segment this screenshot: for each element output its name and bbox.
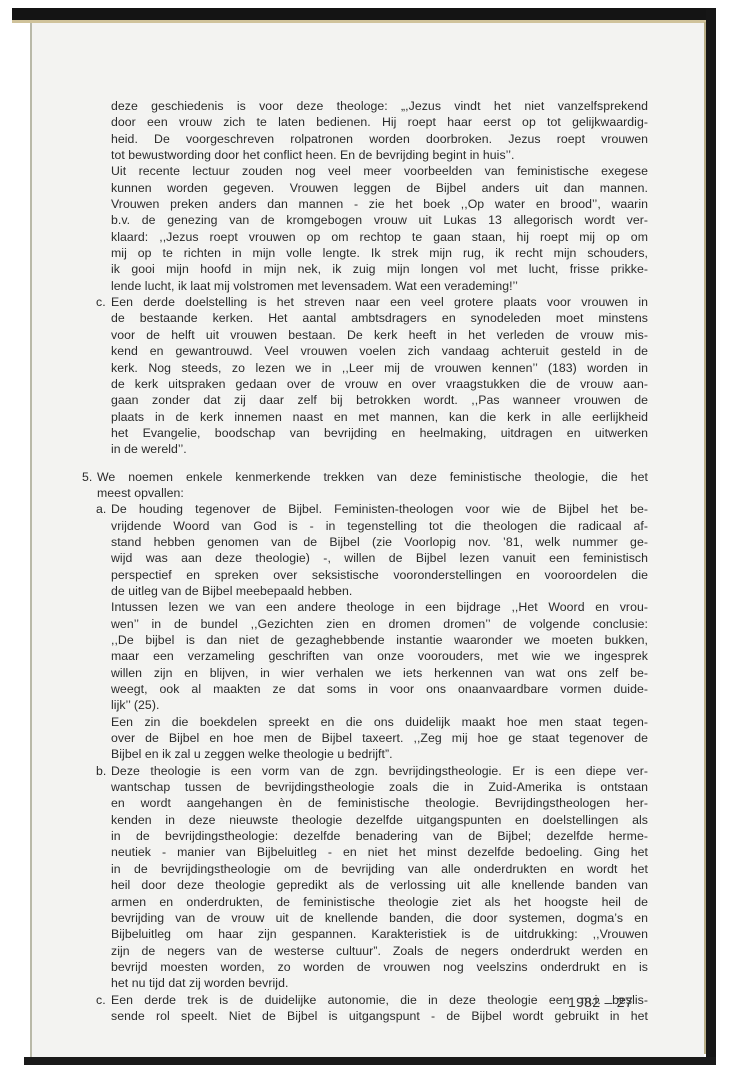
- text-line: maar een verzameling geschriften van onz…: [111, 648, 648, 664]
- scan-border-bottom: [24, 1057, 716, 1065]
- text-line: Bijbeluitleg om haar zijn gespannen. Kar…: [111, 926, 648, 942]
- text-line: de bestaande kerken. Het aantal ambtsdra…: [111, 310, 648, 326]
- text-line: en wordt aangehangen èn de feministische…: [111, 795, 648, 811]
- text-line: in de bevrijdingstheologie: dezelfde ben…: [111, 828, 648, 844]
- text-line: b.v. de genezing van de kromgebogen vrou…: [111, 212, 648, 228]
- text-line: wen’’ in de bundel ,,Gezichten zien en d…: [111, 616, 648, 632]
- text-line: zijn de negers van de westerse cultuur”.…: [111, 943, 648, 959]
- text-line: voor de helft uit vrouwen bestaan. De ke…: [111, 327, 648, 343]
- text-line: Een derde doelstelling is het streven na…: [111, 294, 648, 310]
- text-line: in de wereld’’.: [111, 441, 648, 457]
- scan-border-top: [12, 8, 715, 20]
- text-line: deze geschiedenis is voor deze theologe:…: [111, 98, 648, 114]
- text-line: lende lucht, ik laat mij volstromen met …: [111, 278, 648, 294]
- text-line: stand hebben genomen van de Bijbel (zie …: [111, 534, 648, 550]
- text-line: gaan zonder dat zij daar zelf bij betrok…: [111, 392, 648, 408]
- text-line: Intussen lezen we van een andere theolog…: [111, 599, 648, 615]
- text-line: het Evangelie, boodschap van bevrijding …: [111, 425, 648, 441]
- text-line: sende rol speelt. Niet de Bijbel is uitg…: [111, 1008, 648, 1024]
- text-line: kenden in deze nieuwste theologie dezelf…: [111, 812, 648, 828]
- text-line: meest opvallen:: [97, 485, 648, 501]
- text-line: Deze theologie is een vorm van de zgn. b…: [111, 763, 648, 779]
- text-line: willen zijn en blijven, in wier verhalen…: [111, 665, 648, 681]
- text-line: in de bevrijdingstheologie om de bevrijd…: [111, 861, 648, 877]
- text-line: De houding tegenover de Bijbel. Feminist…: [111, 501, 648, 517]
- text-line: vrijdende Woord van God is - in tegenste…: [111, 518, 648, 534]
- text-line: weegt, ook al maakten ze dat soms in voo…: [111, 681, 648, 697]
- text-line: lijk’’ (25).: [111, 697, 648, 713]
- text-line: kunnen worden gegeven. Vrouwen leggen de…: [111, 180, 648, 196]
- text-line: de uitleg van de Bijbel meebepaald hebbe…: [111, 583, 648, 599]
- text-line: armen en onderdrukten, de feministische …: [111, 894, 648, 910]
- text-line: bevrijd moesten worden, zo worden de vro…: [111, 959, 648, 975]
- text-line: plaats in de kerk innemen naast en met m…: [111, 409, 648, 425]
- text-line: heil door deze theologie gepredikt als d…: [111, 877, 648, 893]
- text-line: tot bewustwording door het conflict heen…: [111, 147, 648, 163]
- text-line: klaard: ,,Jezus roept vrouwen op om rech…: [111, 229, 648, 245]
- list-item-a-bijbel: a. De houding tegenover de Bijbel. Femin…: [111, 501, 648, 763]
- list-marker: c.: [96, 992, 106, 1008]
- text-line: Bijbel en ik zal u zeggen welke theologi…: [111, 746, 648, 762]
- list-marker: c.: [96, 294, 106, 310]
- text-line: over de Bijbel en hoe men de Bijbel taxe…: [111, 730, 648, 746]
- list-marker: b.: [96, 763, 106, 779]
- text-line: perspectief en spreken over seksistische…: [111, 567, 648, 583]
- page-edge-right: [704, 22, 706, 1054]
- text-line: het nu tijd dat zij worden bevrijd.: [111, 975, 648, 991]
- text-line: Een zin die boekdelen spreekt en die ons…: [111, 714, 648, 730]
- text-line: de kerk uitspraken gedaan over de vrouw …: [111, 376, 648, 392]
- scan-border-right: [706, 8, 716, 1065]
- text-line: bevrijding van de vrouw uit de knellende…: [111, 910, 648, 926]
- text-line: mij op te richten in mijn volle lengte. …: [111, 245, 648, 261]
- list-marker: 5.: [82, 469, 92, 485]
- list-item-5-kenmerken: 5. We noemen enkele kenmerkende trekken …: [97, 469, 648, 502]
- text-line: We noemen enkele kenmerkende trekken van…: [97, 469, 648, 485]
- text-line: Uit recente lectuur zouden nog veel meer…: [111, 163, 648, 179]
- list-marker: a.: [96, 501, 106, 517]
- section-gap: [111, 458, 648, 469]
- text-line: kend en gewantrouwd. Veel vrouwen voelen…: [111, 343, 648, 359]
- list-item-c-doelstelling: c. Een derde doelstelling is het streven…: [111, 294, 648, 457]
- text-line: ik gooi mijn hoofd in mijn nek, ik zuig …: [111, 261, 648, 277]
- text-line: kerk. Nog steeds, zo lezen we in ,,Leer …: [111, 360, 648, 376]
- text-line: door een vrouw zich te laten bedienen. H…: [111, 114, 648, 130]
- text-line: Vrouwen preken anders dan mannen - zie h…: [111, 196, 648, 212]
- text-line: ,,De bijbel is dan niet de gezaghebbende…: [111, 632, 648, 648]
- text-line: wijd was aan deze theologie) -, willen d…: [111, 550, 648, 566]
- list-item-b-bevrijdingstheologie: b. Deze theologie is een vorm van de zgn…: [111, 763, 648, 992]
- text-line: heid. De voorgeschreven rolpatronen word…: [111, 131, 648, 147]
- page-number: 1982 – 27: [568, 994, 633, 1010]
- intro-paragraph: deze geschiedenis is voor deze theologe:…: [111, 98, 648, 294]
- text-line: wantschap tussen de bevrijdingstheologie…: [111, 779, 648, 795]
- text-line: neutiek - manier van Bijbeluitleg - en n…: [111, 844, 648, 860]
- page-body: deze geschiedenis is voor deze theologe:…: [111, 98, 648, 1024]
